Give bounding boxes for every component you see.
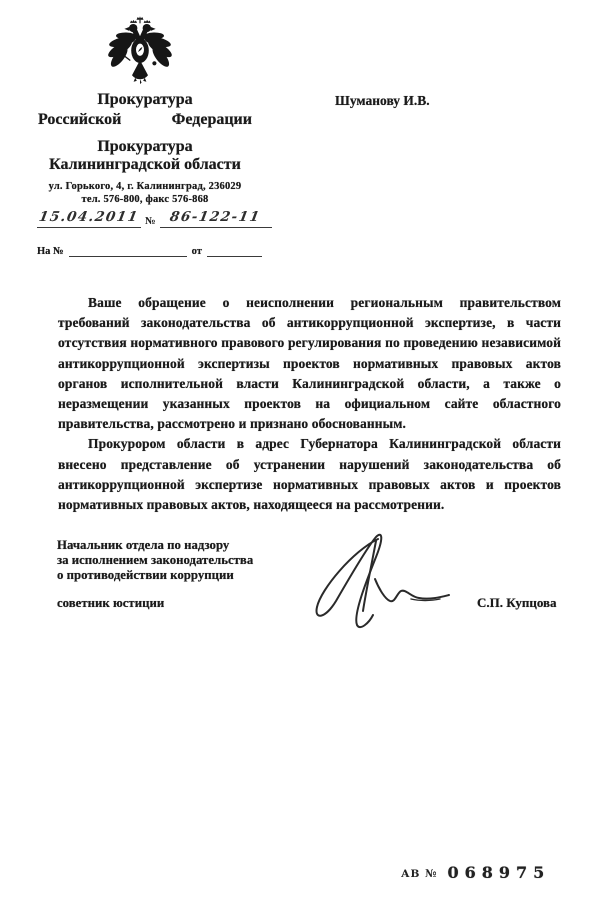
signer-position: Начальник отдела по надзору за исполнени… [57, 538, 253, 583]
position-line2: за исполнением законодательства [57, 553, 253, 568]
body-paragraph-2: Прокурором области в адрес Губернатора К… [58, 434, 561, 515]
serial-number: 068975 [448, 863, 551, 882]
outgoing-number-handwritten: 86-122-11 [160, 208, 272, 228]
address-line2: тел. 576-800, факс 576-868 [26, 194, 264, 207]
double-headed-eagle-emblem-icon [100, 11, 180, 90]
body-paragraph-1: Ваше обращение о неисполнении региональн… [58, 293, 561, 434]
outgoing-date-handwritten: 15.04.2011 [37, 208, 141, 228]
reply-number-blank [69, 245, 187, 257]
org-regional-line1: Прокуратура [26, 138, 264, 156]
reference-line: 15.04.2011 № 86-122-11 [37, 208, 275, 228]
org-regional-line2: Калининградской области [26, 156, 264, 174]
reply-from-label: от [192, 246, 202, 257]
reply-prefix: На № [37, 246, 64, 257]
org-federal-word1: Российской [38, 111, 121, 129]
reply-date-blank [207, 245, 262, 257]
form-serial-stamp: АВ № 068975 [401, 863, 550, 882]
reply-reference-line: На № от [37, 245, 287, 257]
serial-prefix: АВ № [401, 868, 438, 882]
position-line1: Начальник отдела по надзору [57, 538, 253, 553]
letterhead: Прокуратура Российской Федерации Прокура… [26, 91, 264, 206]
number-sign: № [145, 216, 156, 227]
org-federal-word2: Федерации [172, 111, 252, 129]
letter-body: Ваше обращение о неисполнении региональн… [58, 293, 561, 515]
signer-name: С.П. Купцова [477, 595, 557, 611]
org-federal-line2: Российской Федерации [26, 111, 264, 129]
address-line1: ул. Горького, 4, г. Калининград, 236029 [26, 181, 264, 194]
signer-rank: советник юстиции [57, 596, 164, 611]
addressee: Шуманову И.В. [335, 93, 430, 109]
signature-scribble-icon [283, 527, 458, 632]
position-line3: о противодействии коррупции [57, 568, 253, 583]
scanned-letter-page: Прокуратура Российской Федерации Прокура… [0, 0, 600, 900]
org-federal-line1: Прокуратура [26, 91, 264, 109]
